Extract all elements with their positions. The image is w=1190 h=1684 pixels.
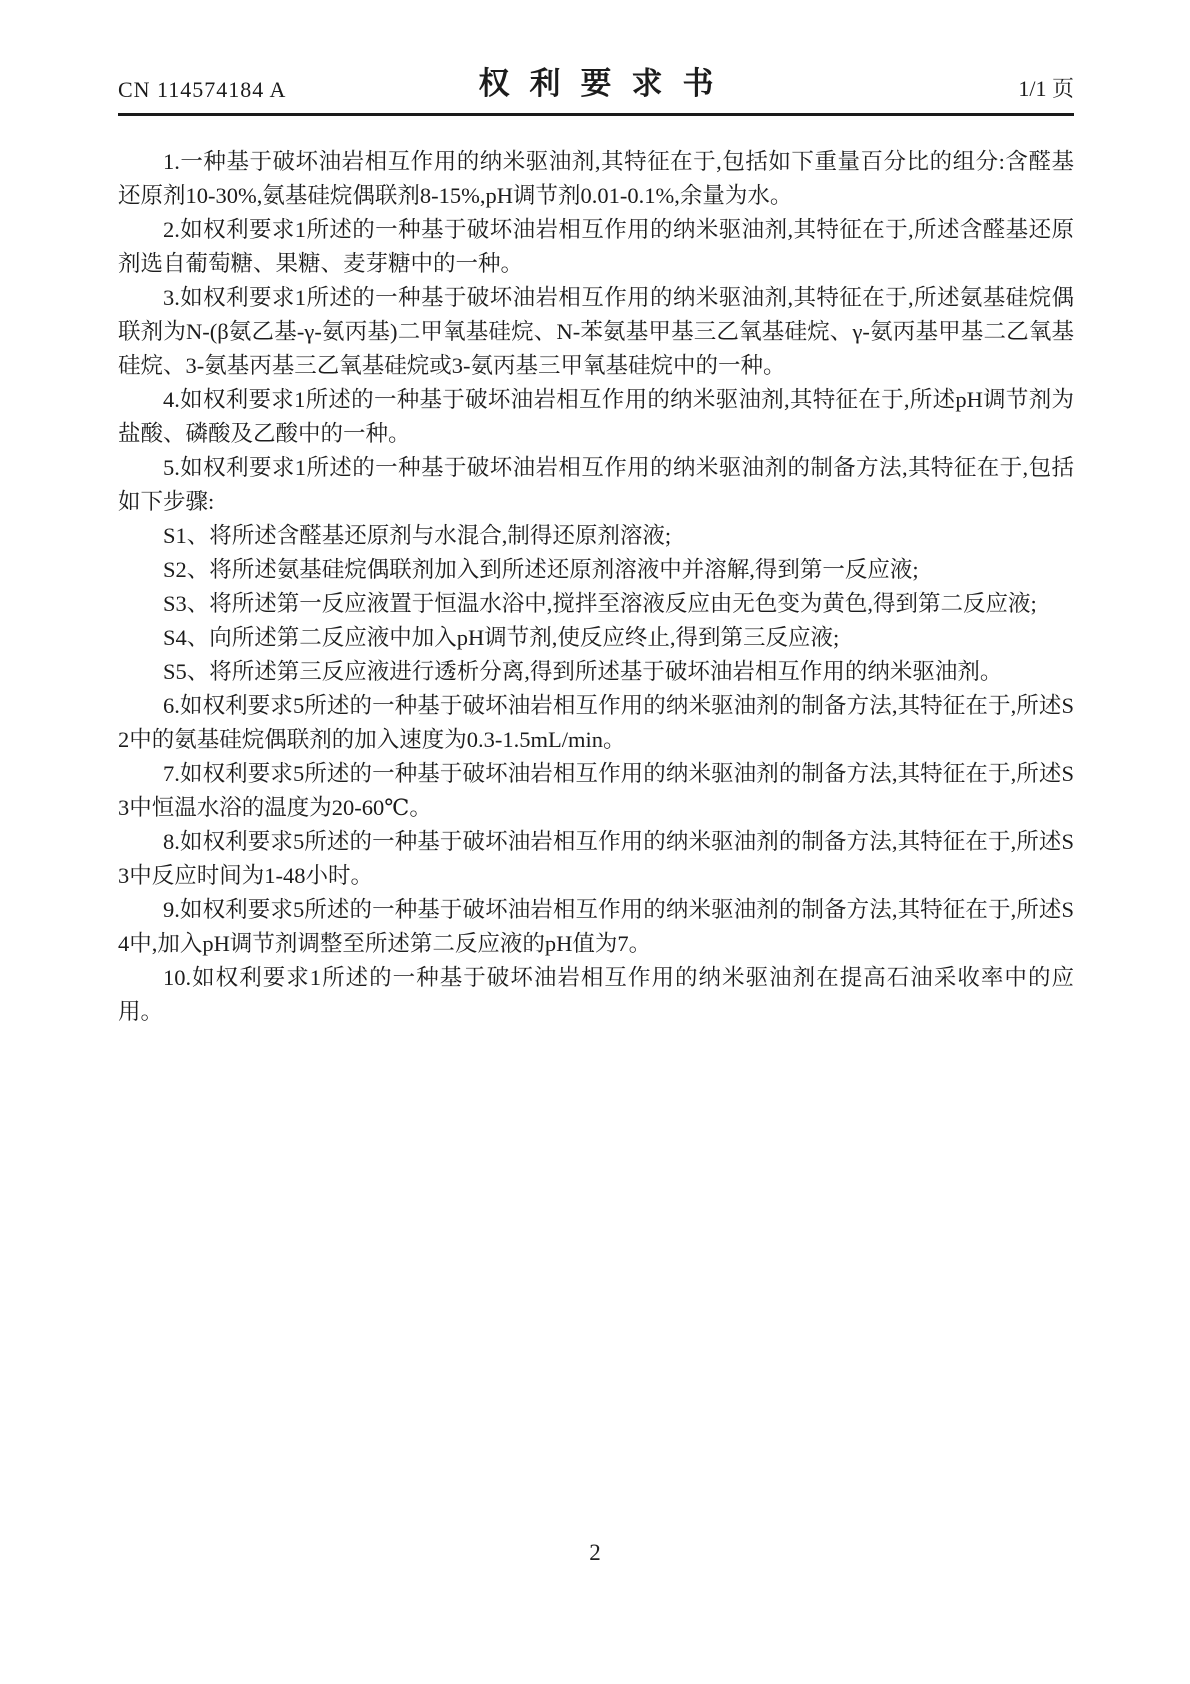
patent-claims-page: CN 114574184 A 权利要求书 1/1 页 1.一种基于破坏油岩相互作… [0, 0, 1190, 1684]
page-header: CN 114574184 A 权利要求书 1/1 页 [118, 58, 1074, 116]
document-number: CN 114574184 A [118, 77, 459, 103]
claim-step-s3: S3、将所述第一反应液置于恒温水浴中,搅拌至溶液反应由无色变为黄色,得到第二反应… [118, 587, 1074, 621]
claim-paragraph-7: 7.如权利要求5所述的一种基于破坏油岩相互作用的纳米驱油剂的制备方法,其特征在于… [118, 757, 1074, 825]
claim-paragraph-1: 1.一种基于破坏油岩相互作用的纳米驱油剂,其特征在于,包括如下重量百分比的组分:… [118, 145, 1074, 213]
claim-paragraph-4: 4.如权利要求1所述的一种基于破坏油岩相互作用的纳米驱油剂,其特征在于,所述pH… [118, 383, 1074, 451]
claims-body: 1.一种基于破坏油岩相互作用的纳米驱油剂,其特征在于,包括如下重量百分比的组分:… [118, 145, 1074, 1029]
claim-step-s2: S2、将所述氨基硅烷偶联剂加入到所述还原剂溶液中并溶解,得到第一反应液; [118, 553, 1074, 587]
claim-paragraph-5: 5.如权利要求1所述的一种基于破坏油岩相互作用的纳米驱油剂的制备方法,其特征在于… [118, 451, 1074, 519]
claim-paragraph-8: 8.如权利要求5所述的一种基于破坏油岩相互作用的纳米驱油剂的制备方法,其特征在于… [118, 825, 1074, 893]
page-indicator: 1/1 页 [734, 72, 1075, 103]
claim-paragraph-9: 9.如权利要求5所述的一种基于破坏油岩相互作用的纳米驱油剂的制备方法,其特征在于… [118, 893, 1074, 961]
footer-page-number: 2 [0, 1540, 1190, 1566]
page-content: CN 114574184 A 权利要求书 1/1 页 1.一种基于破坏油岩相互作… [118, 58, 1074, 1029]
claim-paragraph-10: 10.如权利要求1所述的一种基于破坏油岩相互作用的纳米驱油剂在提高石油采收率中的… [118, 961, 1074, 1029]
claim-step-s5: S5、将所述第三反应液进行透析分离,得到所述基于破坏油岩相互作用的纳米驱油剂。 [118, 655, 1074, 689]
document-title: 权利要求书 [459, 58, 734, 103]
claim-step-s1: S1、将所述含醛基还原剂与水混合,制得还原剂溶液; [118, 519, 1074, 553]
claim-paragraph-2: 2.如权利要求1所述的一种基于破坏油岩相互作用的纳米驱油剂,其特征在于,所述含醛… [118, 213, 1074, 281]
claim-paragraph-3: 3.如权利要求1所述的一种基于破坏油岩相互作用的纳米驱油剂,其特征在于,所述氨基… [118, 281, 1074, 383]
claim-step-s4: S4、向所述第二反应液中加入pH调节剂,使反应终止,得到第三反应液; [118, 621, 1074, 655]
claim-paragraph-6: 6.如权利要求5所述的一种基于破坏油岩相互作用的纳米驱油剂的制备方法,其特征在于… [118, 689, 1074, 757]
